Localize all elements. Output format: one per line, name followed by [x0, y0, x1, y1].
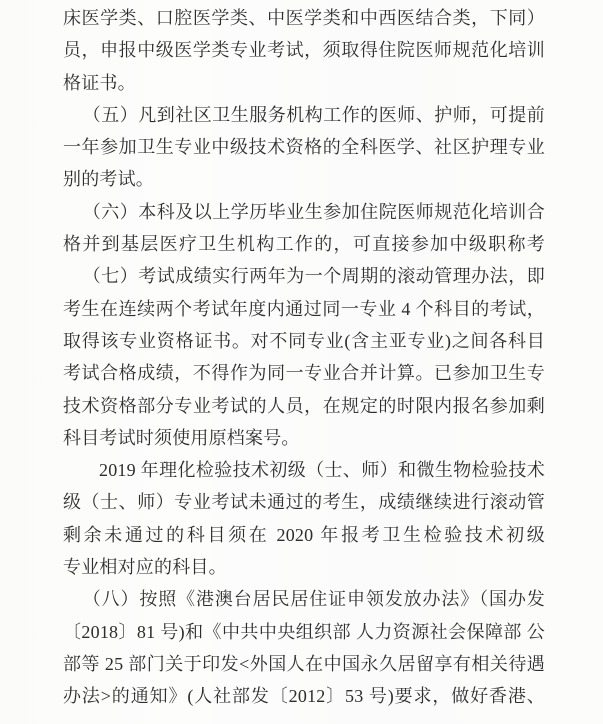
text-line: （六）本科及以上学历毕业生参加住院医师规范化培训合	[63, 196, 545, 228]
text-line: 2019 年理化检验技术初级（士、师）和微生物检验技术初	[63, 454, 545, 486]
text-line: （七）考试成绩实行两年为一个周期的滚动管理办法，即	[63, 260, 545, 292]
text-line: 办法>的通知》(人社部发〔2012〕53 号)要求，做好香港、澳门、	[63, 680, 545, 712]
text-line: 科目考试时须使用原档案号。	[63, 422, 545, 454]
text-line: 取得该专业资格证书。对不同专业(含主亚专业)之间各科目的	[63, 325, 545, 357]
document-body: 床医学类、口腔医学类、中医学类和中西医结合类，下同）人员，申报中级医学类专业考试…	[0, 0, 603, 713]
text-line: 级（士、师）专业考试未通过的考生，成绩继续进行滚动管理，	[63, 486, 545, 518]
text-line: 员，申报中级医学类专业考试，须取得住院医师规范化培训合	[63, 34, 545, 66]
text-line: （五）凡到社区卫生服务机构工作的医师、护师，可提前	[63, 99, 545, 131]
text-line: 〔2018〕81 号)和《中共中央组织部 人力资源社会保障部 公安	[63, 616, 545, 648]
text-line: 格证书。	[63, 67, 545, 99]
document-page: 床医学类、口腔医学类、中医学类和中西医结合类，下同）人员，申报中级医学类专业考试…	[0, 0, 603, 724]
text-line: 考生在连续两个考试年度内通过同一专业 4 个科目的考试，可	[63, 293, 545, 325]
text-line: 技术资格部分专业考试的人员，在规定的时限内报名参加剩余	[63, 390, 545, 422]
text-line: 部等 25 部门关于印发<外国人在中国永久居留享有相关待遇的	[63, 648, 545, 680]
text-line: 一年参加卫生专业中级技术资格的全科医学、社区护理专业类	[63, 131, 545, 163]
text-line: 格并到基层医疗卫生机构工作的，可直接参加中级职称考试。	[63, 228, 545, 260]
text-line: （八）按照《港澳台居民居住证申领发放办法》（国办发	[63, 583, 545, 615]
text-line: 考试合格成绩，不得作为同一专业合并计算。已参加卫生专业	[63, 357, 545, 389]
text-line: 床医学类、口腔医学类、中医学类和中西医结合类，下同）人	[63, 2, 545, 34]
text-line: 剩余未通过的科目须在 2020 年报考卫生检验技术初级（士、师）	[63, 519, 545, 551]
text-line: 专业相对应的科目。	[63, 551, 545, 583]
text-line: 别的考试。	[63, 163, 545, 195]
